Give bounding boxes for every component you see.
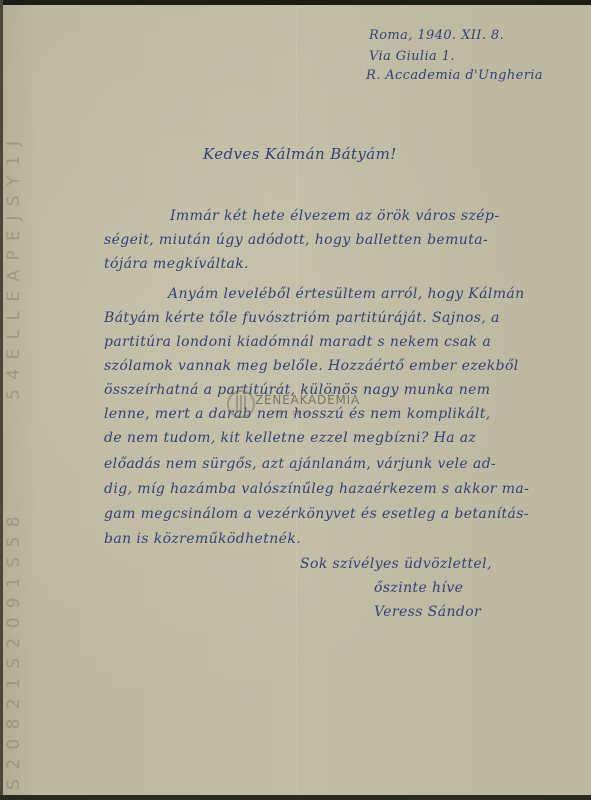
margin-bleed-through-upper: 5 4 E L L E A P E J S Y 1 J: [4, 10, 24, 400]
scan-border-left: [0, 0, 3, 800]
body-line: előadás nem sürgős, azt ajánlanám, várju…: [104, 456, 496, 472]
address-line-1: Via Giulia 1.: [369, 49, 455, 64]
date-line: Roma, 1940. XII. 8.: [369, 28, 504, 43]
body-line: tójára megkíváltak.: [104, 256, 249, 272]
body-line: de nem tudom, kit kelletne ezzel megbízn…: [104, 430, 476, 446]
signature: Veress Sándor: [374, 604, 481, 620]
body-line: partitúra londoni kiadómnál maradt s nek…: [104, 334, 491, 350]
body-line: szólamok vannak meg belőle. Hozzáértő em…: [104, 358, 519, 374]
closing-line-2: őszinte híve: [374, 580, 463, 596]
address-line-2: R. Accademia d'Ungheria: [366, 68, 543, 83]
body-line: Immár két hete élvezem az örök város szé…: [170, 208, 499, 224]
body-line: ban is közreműködhetnék.: [104, 531, 301, 547]
watermark-subtext: LISZT 1875: [267, 410, 311, 417]
body-line: Anyám leveléből értesültem arról, hogy K…: [168, 286, 525, 302]
scan-border-bottom: [0, 795, 591, 800]
body-line: ségeit, miután úgy adódott, hogy ballett…: [104, 232, 488, 248]
watermark-name: ZENEAKADÉMIA: [255, 393, 360, 407]
lyre-emblem-icon: [227, 390, 255, 418]
body-line: dig, míg hazámba valószínűleg hazaérkeze…: [104, 481, 529, 497]
margin-bleed-through-lower: S 2 0 8 2 1 S 2 0 9 1 S 5 8: [4, 400, 24, 790]
closing-line-1: Sok szívélyes üdvözlettel,: [300, 556, 492, 572]
body-line: Bátyám kérte tőle fuvósztrióm partitúráj…: [104, 310, 500, 326]
zeneakademia-watermark: ZENEAKADÉMIA LISZT 1875: [227, 390, 357, 426]
salutation: Kedves Kálmán Bátyám!: [203, 145, 397, 163]
body-line: gam megcsinálom a vezérkönyvet és esetle…: [104, 506, 529, 522]
